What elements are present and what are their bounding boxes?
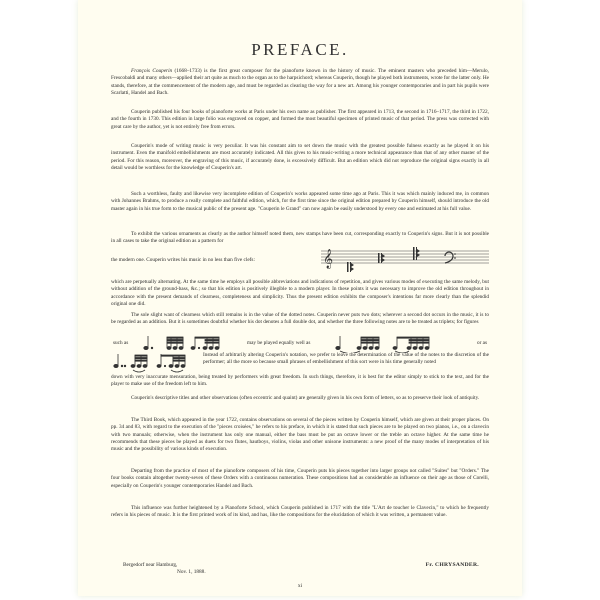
such-as-label: such as <box>113 340 128 346</box>
paragraph-7: The sole slight want of clearness which … <box>111 312 489 327</box>
c-clef-icon <box>378 253 385 263</box>
composer-name: François Couperin <box>131 68 172 74</box>
paragraph-5: To exhibit the various ornaments as clea… <box>111 231 489 246</box>
paragraph-2: Couperin published his four books of pia… <box>111 109 489 131</box>
paragraph-13: This influence was further heightened by… <box>111 505 489 520</box>
dotted-rhythm-figure-icon <box>141 333 231 353</box>
paragraph-10: Couperin's descriptive titles and other … <box>111 395 489 402</box>
bass-clef-icon <box>445 252 456 263</box>
or-as-label: or as <box>477 340 487 346</box>
signature-place-date: Bergedorf near Hamburg, Nov. 1, 1888. <box>123 562 243 576</box>
tied-rhythm-figure-icon <box>333 333 463 353</box>
document-page: PREFACE. François Couperin (1668–1733) i… <box>78 0 522 596</box>
page-number: xi <box>111 583 489 589</box>
paragraph-12: Departing from the practice of most of t… <box>111 468 489 490</box>
paragraph-11: The Third Book, which appeared in the ye… <box>111 417 489 453</box>
clefs-lead-text: the modern one. Couperin writes his musi… <box>111 257 255 263</box>
paragraph-8: Instead of arbitrarily altering Couperin… <box>203 352 489 367</box>
signature-author: Fr. CHRYSANDER. <box>426 562 479 568</box>
paragraph-9: down with very inaccurate mensuration, b… <box>111 374 489 389</box>
c-clef-icon <box>413 247 420 260</box>
paragraph-1: François Couperin (1668–1733) is the fir… <box>111 68 489 97</box>
page-title: PREFACE. <box>111 40 489 60</box>
may-be-played-label: may be played equally well as <box>247 340 310 346</box>
clefs-row: the modern one. Couperin writes his musi… <box>111 245 489 275</box>
treble-clef-icon: 𝄞 <box>323 249 333 269</box>
five-clefs-staff: 𝄞 <box>321 245 489 275</box>
paragraph-4: Such a worthless, faulty and likewise ve… <box>111 191 489 213</box>
signature-date: Nov. 1, 1888. <box>123 569 243 576</box>
triplet-rhythm-figure-icon <box>111 352 201 376</box>
rhythm-examples-row: such as may be played equally well as <box>111 333 489 353</box>
signature-place: Bergedorf near Hamburg, <box>123 562 243 569</box>
c-clef-icon <box>347 262 354 272</box>
paragraph-6: which are perpetually alternating. At th… <box>111 279 489 308</box>
paragraph-3: Couperin's mode of writing music is very… <box>111 143 489 172</box>
